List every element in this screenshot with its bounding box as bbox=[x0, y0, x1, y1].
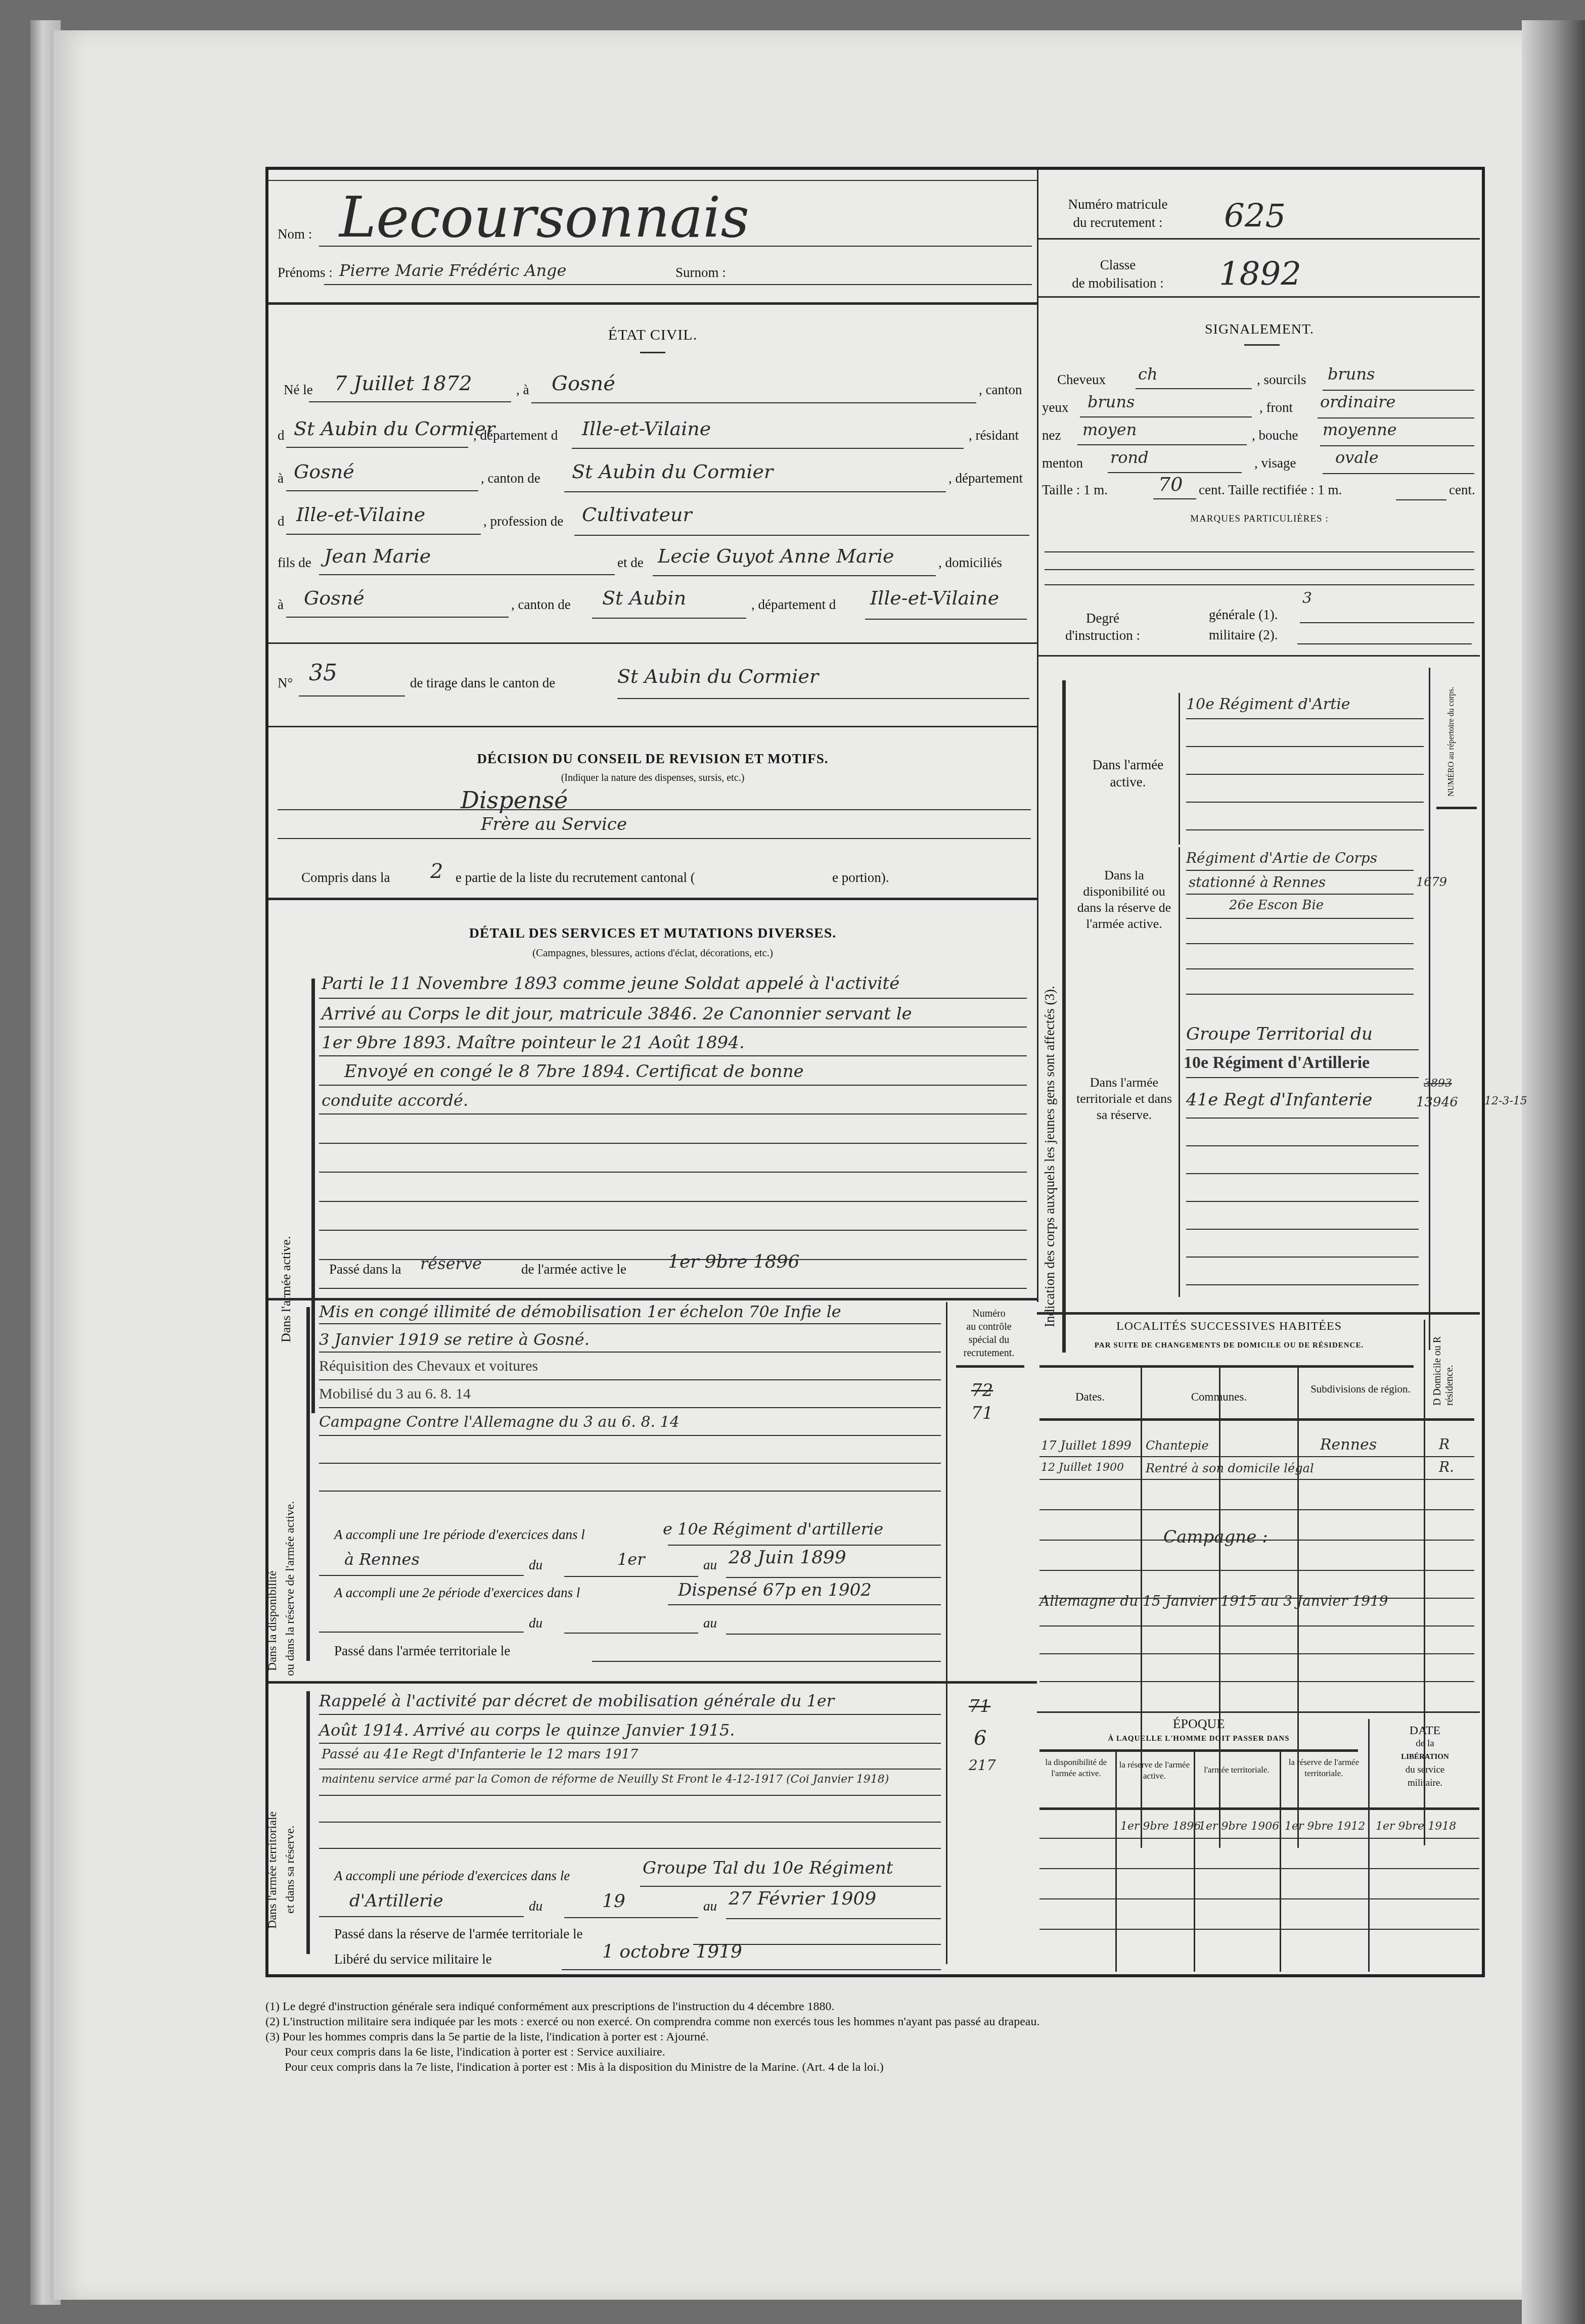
rule bbox=[1186, 968, 1414, 969]
rule bbox=[1039, 1838, 1479, 1839]
side-label-terr-2: et dans sa réserve. bbox=[284, 1752, 297, 1914]
du-label-2: du bbox=[529, 1615, 542, 1631]
rule bbox=[726, 1918, 941, 1919]
title-dash bbox=[640, 352, 665, 353]
services-title: DÉTAIL DES SERVICES ET MUTATIONS DIVERSE… bbox=[268, 925, 1037, 942]
visage-label: , visage bbox=[1254, 455, 1296, 471]
rule bbox=[319, 574, 615, 575]
d2-label: d bbox=[278, 514, 285, 529]
rule bbox=[319, 1201, 1027, 1202]
periode1-du: 1er bbox=[617, 1550, 645, 1569]
periode1-label: A accompli une 1re période d'exercices d… bbox=[334, 1527, 585, 1543]
terr-du-label: du bbox=[529, 1898, 542, 1914]
canton-de-label: , canton de bbox=[481, 471, 540, 486]
epoque-col-reserve-active: la réserve de l'armée active. bbox=[1115, 1759, 1194, 1782]
terr-periode-corps: Groupe Tal du 10e Régiment bbox=[643, 1858, 893, 1878]
matricule-form: Nom : Lecoursonnais Prénoms : Pierre Mar… bbox=[265, 167, 1485, 1977]
rule bbox=[1186, 918, 1414, 919]
d-label: d bbox=[278, 428, 285, 443]
corps-bracket bbox=[1062, 680, 1066, 1353]
rule bbox=[1186, 1118, 1419, 1119]
compris-label: Compris dans la bbox=[301, 870, 390, 886]
services-line-2: Arrivé au Corps le dit jour, matricule 3… bbox=[322, 1004, 912, 1024]
localites-divider bbox=[1037, 1711, 1480, 1713]
periode1-corps: e 10e Régiment d'artillerie bbox=[663, 1519, 883, 1539]
cent-label: cent. Taille rectifiée : 1 m. bbox=[1199, 482, 1342, 498]
rule bbox=[319, 1491, 941, 1492]
rule bbox=[564, 491, 946, 492]
rule bbox=[1186, 1077, 1419, 1078]
dom-a-label: à bbox=[278, 597, 284, 613]
controle-value-struck: 72 bbox=[971, 1380, 993, 1401]
services-divider bbox=[268, 1298, 1037, 1300]
rule bbox=[1186, 1257, 1419, 1258]
localites-subtitle: PAR SUITE DE CHANGEMENTS DE DOMICILE OU … bbox=[1037, 1341, 1421, 1350]
prenoms-label: Prénoms : bbox=[278, 265, 333, 281]
tirage-label: de tirage dans le canton de bbox=[410, 675, 555, 691]
terr-entry-3: 41e Regt d'Infanterie bbox=[1186, 1090, 1372, 1110]
rule bbox=[1039, 1681, 1474, 1682]
rule bbox=[319, 1795, 941, 1796]
rule bbox=[1186, 1049, 1419, 1050]
rule bbox=[1186, 1229, 1419, 1230]
et-de-label: et de bbox=[617, 555, 644, 571]
canton-label: , canton bbox=[979, 382, 1022, 398]
libere-value: 1 octobre 1919 bbox=[602, 1941, 742, 1962]
rule bbox=[1186, 718, 1424, 719]
birth-canton: St Aubin du Cormier bbox=[294, 417, 495, 440]
localite-commune: Chantepie bbox=[1146, 1438, 1209, 1453]
passe-reserve-label2: de l'armée active le bbox=[521, 1262, 626, 1277]
rule bbox=[299, 695, 405, 696]
rule bbox=[319, 1085, 1027, 1086]
cheveux-label: Cheveux bbox=[1057, 372, 1106, 388]
terr-periode-label: A accompli une période d'exercices dans … bbox=[334, 1868, 570, 1884]
rule bbox=[286, 534, 481, 535]
rule bbox=[319, 1632, 524, 1633]
dispo-numero: 1679 bbox=[1416, 875, 1447, 889]
col-divider bbox=[1368, 1719, 1370, 1972]
epoque-value-reserve-territoriale: 1er 9bre 1912 bbox=[1285, 1820, 1365, 1833]
rule bbox=[1136, 388, 1252, 389]
terr-numero-struck: 3893 bbox=[1424, 1077, 1452, 1090]
cent2-label: cent. bbox=[1449, 482, 1475, 498]
col-divider bbox=[1194, 1752, 1195, 1972]
dispo-line-3: Réquisition des Chevaux et voitures bbox=[319, 1358, 538, 1375]
domicilies-label: , domiciliés bbox=[938, 555, 1002, 571]
rule bbox=[1318, 417, 1474, 419]
communes-header: Communes. bbox=[1141, 1390, 1297, 1404]
rule bbox=[319, 1575, 524, 1576]
nom-rule bbox=[319, 246, 1032, 247]
militaire-label: militaire (2). bbox=[1209, 627, 1278, 643]
liberation-header-1: DATE bbox=[1371, 1724, 1479, 1737]
rule bbox=[286, 447, 468, 448]
col-divider bbox=[1115, 1752, 1117, 1972]
side-label-dispo-1: Dans la disponibilité bbox=[266, 1428, 280, 1671]
rule bbox=[319, 1230, 1027, 1231]
controle-header-1: Numéro bbox=[948, 1307, 1029, 1320]
matricule-label: Numéro matricule du recrutement : bbox=[1042, 195, 1194, 231]
classe-rule bbox=[1037, 296, 1480, 298]
tirage-canton: St Aubin du Cormier bbox=[617, 665, 819, 687]
liberation-header-3: LIBÉRATION bbox=[1371, 1750, 1479, 1763]
terr-line-4: maintenu service armé par la Comon de ré… bbox=[322, 1773, 889, 1786]
nom-value: Lecoursonnais bbox=[339, 185, 749, 250]
side-label-terr-1: Dans l'armée territoriale bbox=[266, 1727, 280, 1929]
liberation-header-2: de la bbox=[1371, 1737, 1479, 1750]
decision-line-2: Frère au Service bbox=[481, 814, 627, 834]
rule bbox=[1323, 390, 1474, 391]
terr-corps-bracket bbox=[1179, 1014, 1180, 1297]
dates-header: Dates. bbox=[1039, 1390, 1141, 1404]
prenoms-rule bbox=[324, 284, 1032, 285]
footnote-1: (1) Le degré d'instruction générale sera… bbox=[265, 1999, 1479, 2014]
rule bbox=[286, 617, 509, 618]
decision-title: DÉCISION DU CONSEIL DE REVISION ET MOTIF… bbox=[268, 751, 1037, 767]
decision-divider bbox=[268, 898, 1037, 900]
corps-side-label: Indication des corps auxquels les jeunes… bbox=[1042, 721, 1058, 1327]
marques-label: MARQUES PARTICULIÈRES : bbox=[1039, 514, 1479, 525]
domicile-canton: St Aubin bbox=[602, 587, 686, 609]
terr-corps-label: Dans l'armée territoriale et dans sa rés… bbox=[1070, 1075, 1179, 1123]
generale-label: générale (1). bbox=[1209, 607, 1278, 623]
degre-label-1: Degré bbox=[1047, 610, 1158, 627]
birth-place: Gosné bbox=[552, 372, 615, 395]
du-label: du bbox=[529, 1557, 542, 1573]
localite-date: 17 Juillet 1899 bbox=[1041, 1438, 1131, 1453]
departement2-label: , département bbox=[948, 471, 1023, 486]
rule bbox=[592, 1661, 941, 1662]
terr-line-1: Rappelé à l'activité par décret de mobil… bbox=[319, 1691, 834, 1710]
passe-reserve-date: 1er 9bre 1896 bbox=[668, 1251, 799, 1272]
corps-divider bbox=[1037, 1312, 1480, 1315]
localite-dr: R bbox=[1439, 1436, 1450, 1453]
terr-controle-struck: 71 bbox=[969, 1696, 990, 1716]
partie-value: 2 bbox=[430, 860, 443, 883]
title-dash bbox=[1244, 344, 1280, 346]
dispo-divider bbox=[268, 1681, 1037, 1684]
controle-value: 71 bbox=[971, 1403, 993, 1423]
bouche-value: moyenne bbox=[1323, 420, 1397, 439]
localite-date: 12 Juillet 1900 bbox=[1041, 1461, 1124, 1474]
active-label: Dans l'armée active. bbox=[1077, 756, 1179, 791]
fils-de-label: fils de bbox=[278, 555, 311, 571]
passe-reserve-label: Passé dans la bbox=[329, 1262, 401, 1277]
epoque-col-reserve-territoriale: la réserve de l'armée territoriale. bbox=[1280, 1757, 1368, 1779]
rule bbox=[319, 1323, 941, 1324]
liberation-header-5: militaire. bbox=[1371, 1777, 1479, 1790]
rule bbox=[1320, 445, 1474, 446]
rule bbox=[531, 402, 976, 403]
rule bbox=[319, 1463, 941, 1464]
rule bbox=[640, 1886, 941, 1887]
services-line-1: Parti le 11 Novembre 1893 comme jeune So… bbox=[322, 973, 899, 994]
margin-note: 12-3-15 bbox=[1484, 1095, 1527, 1107]
localite-subdivision: Rennes bbox=[1320, 1436, 1377, 1454]
rule bbox=[564, 1917, 698, 1918]
rule bbox=[1039, 1625, 1474, 1626]
controle-header-3: spécial du bbox=[948, 1333, 1029, 1346]
rule bbox=[1323, 473, 1474, 474]
rule bbox=[726, 1577, 941, 1578]
rule bbox=[1039, 1868, 1479, 1869]
dispo-entry-2: stationné à Rennes bbox=[1189, 874, 1326, 891]
dom-canton-label: , canton de bbox=[511, 597, 571, 613]
rule bbox=[1186, 943, 1414, 944]
rule bbox=[286, 490, 478, 491]
rule bbox=[1039, 1418, 1474, 1421]
terr-periode-au: 27 Février 1909 bbox=[729, 1888, 876, 1909]
rule bbox=[319, 1714, 941, 1715]
rule bbox=[668, 1545, 941, 1546]
epoque-col-dispo: la disponibilité de l'armée active. bbox=[1037, 1757, 1115, 1779]
prenoms-value: Pierre Marie Frédéric Ange bbox=[339, 261, 567, 280]
nez-value: moyen bbox=[1082, 420, 1137, 439]
rule bbox=[319, 1143, 1027, 1144]
au-label: au bbox=[703, 1557, 717, 1573]
terr-passe-reserve-label: Passé dans la réserve de l'armée territo… bbox=[334, 1926, 582, 1942]
epoque-value-territoriale: 1er 9bre 1906 bbox=[1199, 1820, 1279, 1833]
rule bbox=[1186, 1284, 1419, 1285]
side-label-dispo-2: ou dans la réserve de l'armée active. bbox=[284, 1393, 297, 1676]
rule bbox=[1396, 499, 1446, 500]
active-entry-1: 10e Régiment d'Artie bbox=[1186, 695, 1350, 713]
rule bbox=[1045, 551, 1474, 552]
brace bbox=[1039, 1365, 1414, 1368]
dispo-entry-3: 26e Escon Bie bbox=[1229, 898, 1324, 913]
matricule-label-line1: Numéro matricule bbox=[1042, 195, 1194, 213]
rule bbox=[1186, 1145, 1419, 1146]
rule bbox=[278, 838, 1031, 839]
footnotes: (1) Le degré d'instruction générale sera… bbox=[265, 1999, 1479, 2075]
rule bbox=[1297, 643, 1472, 644]
rule bbox=[1186, 774, 1424, 775]
tirage-divider bbox=[268, 726, 1037, 727]
rule bbox=[1039, 1653, 1474, 1654]
classe-label-line1: Classe bbox=[1042, 256, 1194, 274]
yeux-label: yeux bbox=[1042, 400, 1068, 415]
cheveux-value: ch bbox=[1138, 364, 1158, 384]
rule bbox=[319, 1055, 1027, 1056]
epoque-value-reserve-active: 1er 9bre 1896 bbox=[1120, 1820, 1201, 1833]
tirage-no-label: N° bbox=[278, 675, 293, 691]
residant-a-label: à bbox=[278, 471, 284, 486]
terr-controle-value-2: 217 bbox=[969, 1757, 995, 1774]
visage-value: ovale bbox=[1335, 448, 1379, 467]
col-divider bbox=[1280, 1752, 1281, 1972]
dispo-bracket bbox=[306, 1307, 310, 1661]
surnom-label: Surnom : bbox=[675, 265, 726, 281]
rule bbox=[1300, 622, 1474, 623]
birth-departement: Ille-et-Vilaine bbox=[582, 417, 711, 440]
rule bbox=[278, 809, 1031, 810]
rule bbox=[319, 1407, 941, 1408]
ne-le-label: Né le bbox=[284, 382, 313, 398]
signalement-divider bbox=[1037, 655, 1480, 657]
taille-value: 70 bbox=[1158, 473, 1183, 495]
classe-label-line2: de mobilisation : bbox=[1042, 274, 1194, 292]
terr-controle-value: 6 bbox=[974, 1727, 986, 1750]
campagne-label: Campagne : bbox=[1163, 1527, 1268, 1547]
dispo-line-2: 3 Janvier 1919 se retire à Gosné. bbox=[319, 1330, 590, 1349]
rule bbox=[1039, 1807, 1479, 1810]
controle-header-2: au contrôle bbox=[948, 1320, 1029, 1333]
brace bbox=[1039, 1749, 1358, 1752]
book-right-edge bbox=[1522, 20, 1585, 2324]
services-subtitle: (Campagnes, blessures, actions d'éclat, … bbox=[268, 947, 1037, 959]
dispo-line-1: Mis en congé illimité de démobilisation … bbox=[319, 1302, 841, 1321]
residant-canton: St Aubin du Cormier bbox=[572, 460, 773, 483]
rule bbox=[319, 1822, 941, 1823]
terr-numero: 13946 bbox=[1416, 1095, 1458, 1110]
front-value: ordinaire bbox=[1320, 392, 1395, 411]
signalement-title: SIGNALEMENT. bbox=[1039, 321, 1479, 338]
terr-line-2: Août 1914. Arrivé au corps le quinze Jan… bbox=[319, 1721, 735, 1740]
etat-civil-divider bbox=[268, 642, 1037, 644]
degre-label-2: d'instruction : bbox=[1047, 627, 1158, 644]
liberation-value: 1er 9bre 1918 bbox=[1376, 1820, 1456, 1833]
nom-label: Nom : bbox=[278, 226, 312, 242]
menton-value: rond bbox=[1110, 448, 1149, 467]
etat-civil-title: ÉTAT CIVIL. bbox=[268, 327, 1037, 344]
rule bbox=[319, 1288, 1027, 1289]
rule bbox=[319, 1848, 941, 1849]
departement-label: , département d bbox=[473, 428, 558, 443]
campagne-line: Allemagne du 15 Janvier 1915 au 3 Janvie… bbox=[1039, 1593, 1388, 1609]
rule bbox=[319, 1916, 524, 1917]
rule bbox=[668, 1604, 941, 1605]
localite-commune: Rentré à son domicile légal bbox=[1146, 1461, 1314, 1475]
dispo-line-4: Mobilisé du 3 au 6. 8. 14 bbox=[319, 1385, 471, 1403]
a-label: , à bbox=[516, 382, 529, 398]
portion-label: e portion). bbox=[832, 870, 889, 886]
passe-territoriale-label: Passé dans l'armée territoriale le bbox=[334, 1643, 510, 1659]
rule bbox=[1045, 569, 1474, 570]
services-bracket bbox=[311, 979, 315, 1413]
passe-reserve-value: réserve bbox=[420, 1254, 482, 1273]
periode1-au: 28 Juin 1899 bbox=[729, 1547, 846, 1568]
rule bbox=[1080, 416, 1252, 417]
rule bbox=[1186, 746, 1424, 747]
classe-value: 1892 bbox=[1219, 256, 1301, 293]
terr-entry-2: 10e Régiment d'Artillerie bbox=[1184, 1053, 1370, 1073]
rule bbox=[653, 575, 936, 576]
rule bbox=[1186, 994, 1414, 995]
services-line-3: 1er 9bre 1893. Maître pointeur le 21 Aoû… bbox=[322, 1033, 745, 1053]
rule bbox=[319, 1435, 941, 1436]
profession-value: Cultivateur bbox=[582, 503, 692, 526]
rule bbox=[592, 618, 746, 619]
dispo-corps-label: Dans la disponibilité ou dans la réserve… bbox=[1070, 867, 1179, 932]
territoriale-bracket bbox=[306, 1691, 310, 1954]
active-bracket bbox=[1179, 693, 1180, 845]
top-rule bbox=[268, 180, 1037, 181]
rule bbox=[319, 1743, 941, 1744]
sourcils-value: bruns bbox=[1328, 364, 1375, 384]
periode2-label: A accompli une 2e période d'exercices da… bbox=[334, 1585, 580, 1601]
rule bbox=[1077, 444, 1247, 445]
periode2-corps: Dispensé 67p en 1902 bbox=[678, 1580, 872, 1600]
nez-label: nez bbox=[1042, 428, 1061, 443]
column-divider bbox=[1037, 170, 1038, 1302]
rule bbox=[726, 1634, 941, 1635]
libere-label: Libéré du service militaire le bbox=[334, 1951, 492, 1967]
localite-dr: R. bbox=[1439, 1459, 1454, 1475]
header-divider bbox=[268, 302, 1037, 305]
yeux-value: bruns bbox=[1088, 392, 1135, 411]
dom-dept-label: , département d bbox=[751, 597, 836, 613]
terr-entry-1: Groupe Territorial du bbox=[1186, 1024, 1373, 1044]
rule bbox=[1039, 1570, 1474, 1571]
taille-label: Taille : 1 m. bbox=[1042, 482, 1108, 498]
rule bbox=[1039, 1898, 1479, 1899]
rule bbox=[319, 1027, 1027, 1028]
rule bbox=[319, 1172, 1027, 1173]
side-label-active: Dans l'armée active. bbox=[279, 1130, 294, 1342]
rule bbox=[1186, 802, 1424, 803]
rule bbox=[1186, 894, 1414, 895]
liberation-header: DATE de la LIBÉRATION du service militai… bbox=[1371, 1724, 1479, 1790]
compris-rest: e partie de la liste du recrutement cant… bbox=[456, 870, 695, 886]
rule bbox=[617, 698, 1029, 699]
dr-header: D Domicile ou R résidence. bbox=[1431, 1325, 1462, 1406]
epoque-title: ÉPOQUE bbox=[1037, 1716, 1361, 1732]
degre-label: Degré d'instruction : bbox=[1047, 610, 1158, 644]
bouche-label: , bouche bbox=[1252, 428, 1298, 443]
liberation-header-4: du service bbox=[1371, 1763, 1479, 1777]
rule bbox=[319, 998, 1027, 999]
rule bbox=[562, 1969, 941, 1970]
front-label: , front bbox=[1259, 400, 1293, 415]
matricule-value: 625 bbox=[1224, 198, 1286, 235]
residant-departement: Ille-et-Vilaine bbox=[296, 503, 425, 526]
terr-au-label: au bbox=[703, 1898, 717, 1914]
rule bbox=[1186, 829, 1424, 830]
footnote-4: Pour ceux compris dans la 6e liste, l'in… bbox=[265, 2044, 1479, 2060]
rule bbox=[574, 535, 1029, 536]
rule bbox=[319, 1113, 1027, 1114]
rule bbox=[1186, 1173, 1419, 1174]
rule bbox=[1039, 1456, 1474, 1457]
residant-value: Gosné bbox=[294, 460, 354, 483]
rule bbox=[309, 401, 511, 402]
footnote-5: Pour ceux compris dans la 7e liste, l'in… bbox=[265, 2060, 1479, 2075]
rule bbox=[1039, 1509, 1474, 1510]
rule bbox=[1436, 807, 1477, 809]
residant-label: , résidant bbox=[969, 428, 1019, 443]
rule bbox=[564, 1576, 698, 1577]
rule bbox=[1186, 870, 1414, 871]
tirage-number: 35 bbox=[309, 660, 337, 686]
domicile-value: Gosné bbox=[304, 587, 365, 609]
sourcils-label: , sourcils bbox=[1257, 372, 1306, 388]
rule bbox=[865, 619, 1027, 620]
rule bbox=[1039, 1929, 1479, 1930]
menton-label: menton bbox=[1042, 455, 1083, 471]
mother-name: Lecie Guyot Anne Marie bbox=[658, 545, 894, 567]
dispo-line-5: Campagne Contre l'Allemagne du 3 au 6. 8… bbox=[319, 1413, 680, 1431]
rule bbox=[1186, 1201, 1419, 1202]
matricule-rule bbox=[1037, 238, 1480, 240]
dispo-entry-1: Régiment d'Artie de Corps bbox=[1186, 850, 1377, 866]
rule bbox=[1039, 1479, 1474, 1480]
footnote-3: (3) Pour les hommes compris dans la 5e p… bbox=[265, 2029, 1479, 2044]
localites-title: LOCALITÉS SUCCESSIVES HABITÉES bbox=[1037, 1320, 1421, 1333]
classe-label: Classe de mobilisation : bbox=[1042, 256, 1194, 292]
terr-periode-lieu: d'Artillerie bbox=[349, 1891, 443, 1911]
services-line-5: conduite accordé. bbox=[322, 1091, 468, 1110]
